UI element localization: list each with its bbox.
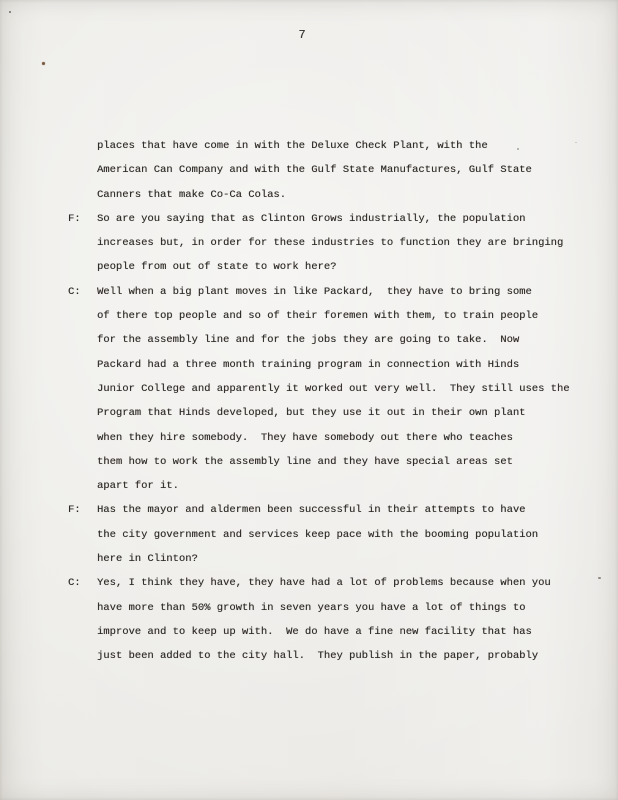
transcript-line: the city government and services keep pa… [97, 523, 603, 547]
transcript-line: of there top people and so of their fore… [97, 304, 603, 328]
speaker-label: F: [68, 498, 81, 522]
transcript-line: Program that Hinds developed, but they u… [97, 401, 603, 425]
transcript-line: here in Clinton? [97, 547, 603, 571]
transcript-line: for the assembly line and for the jobs t… [97, 328, 603, 352]
transcript-body: places that have come in with the Deluxe… [68, 134, 603, 669]
transcript-line: Canners that make Co-Ca Colas. [97, 183, 603, 207]
transcript-line: American Can Company and with the Gulf S… [97, 158, 603, 182]
transcript-block: F:Has the mayor and aldermen been succes… [68, 498, 603, 571]
speaker-label: F: [68, 207, 81, 231]
scan-speck [42, 62, 45, 65]
speaker-label: C: [68, 280, 81, 304]
transcript-line: Well when a big plant moves in like Pack… [97, 280, 603, 304]
transcript-block: C:Well when a big plant moves in like Pa… [68, 280, 603, 499]
transcript-line: So are you saying that as Clinton Grows … [97, 207, 603, 231]
transcript-line: when they hire somebody. They have someb… [97, 426, 603, 450]
transcript-line: apart for it. [97, 474, 603, 498]
transcript-block: C:Yes, I think they have, they have had … [68, 571, 603, 668]
transcript-line: improve and to keep up with. We do have … [97, 620, 603, 644]
transcript-line: just been added to the city hall. They p… [97, 644, 603, 668]
transcript-line: people from out of state to work here? [97, 255, 603, 279]
transcript-line: have more than 50% growth in seven years… [97, 596, 603, 620]
transcript-line: Junior College and apparently it worked … [97, 377, 603, 401]
scan-speck [575, 142, 577, 143]
scan-speck [9, 11, 11, 13]
transcript-line: Has the mayor and aldermen been successf… [97, 498, 603, 522]
transcript-line: Yes, I think they have, they have had a … [97, 571, 603, 595]
transcript-line: them how to work the assembly line and t… [97, 450, 603, 474]
transcript-block: places that have come in with the Deluxe… [68, 134, 603, 207]
transcript-line: places that have come in with the Deluxe… [97, 134, 603, 158]
scan-speck [517, 148, 519, 150]
scan-speck [598, 577, 601, 579]
transcript-block: F:So are you saying that as Clinton Grow… [68, 207, 603, 280]
page-number: 7 [282, 28, 322, 42]
speaker-label: C: [68, 571, 81, 595]
transcript-line: Packard had a three month training progr… [97, 353, 603, 377]
transcript-line: increases but, in order for these indust… [97, 231, 603, 255]
scanned-page: 7 places that have come in with the Delu… [0, 0, 618, 800]
